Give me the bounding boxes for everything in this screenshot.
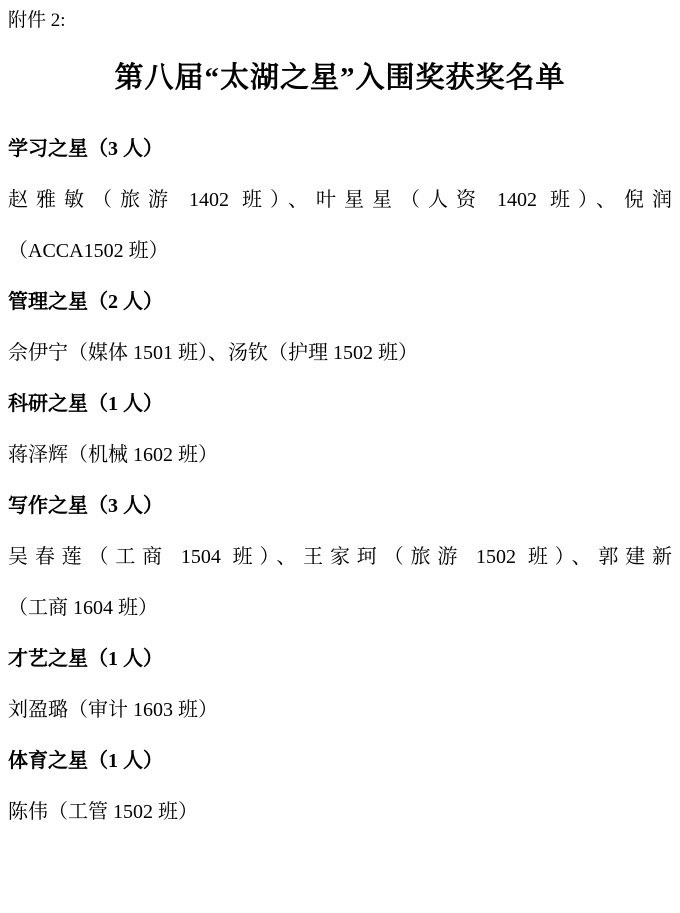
award-heading: 写作之星（3 人）: [8, 481, 672, 532]
winners-line: 吴春莲（工商 1504 班）、王家珂（旅游 1502 班）、郭建新: [8, 532, 672, 583]
attachment-label: 附件 2:: [8, 6, 672, 36]
winners-line: 佘伊宁（媒体 1501 班）、汤钦（护理 1502 班）: [8, 328, 672, 379]
award-heading: 科研之星（1 人）: [8, 379, 672, 430]
winners-line: （ACCA1502 班）: [8, 226, 672, 277]
award-heading: 学习之星（3 人）: [8, 124, 672, 175]
award-section-research: 科研之星（1 人） 蒋泽辉（机械 1602 班）: [8, 379, 672, 481]
winners-line: 蒋泽辉（机械 1602 班）: [8, 430, 672, 481]
winners-line: 刘盈璐（审计 1603 班）: [8, 685, 672, 736]
award-heading: 体育之星（1 人）: [8, 736, 672, 787]
winners-line: 陈伟（工管 1502 班）: [8, 787, 672, 838]
award-section-talent: 才艺之星（1 人） 刘盈璐（审计 1603 班）: [8, 634, 672, 736]
award-heading: 才艺之星（1 人）: [8, 634, 672, 685]
award-heading: 管理之星（2 人）: [8, 277, 672, 328]
winners-line: （工商 1604 班）: [8, 583, 672, 634]
award-section-writing: 写作之星（3 人） 吴春莲（工商 1504 班）、王家珂（旅游 1502 班）、…: [8, 481, 672, 634]
document-body: 学习之星（3 人） 赵雅敏（旅游 1402 班）、叶星星（人资 1402 班）、…: [8, 124, 672, 838]
winners-line: 赵雅敏（旅游 1402 班）、叶星星（人资 1402 班）、倪润: [8, 175, 672, 226]
award-section-sports: 体育之星（1 人） 陈伟（工管 1502 班）: [8, 736, 672, 838]
award-section-study: 学习之星（3 人） 赵雅敏（旅游 1402 班）、叶星星（人资 1402 班）、…: [8, 124, 672, 277]
document-page: 附件 2: 第八届“太湖之星”入围奖获奖名单 学习之星（3 人） 赵雅敏（旅游 …: [0, 0, 680, 913]
document-title: 第八届“太湖之星”入围奖获奖名单: [8, 58, 672, 98]
award-section-management: 管理之星（2 人） 佘伊宁（媒体 1501 班）、汤钦（护理 1502 班）: [8, 277, 672, 379]
